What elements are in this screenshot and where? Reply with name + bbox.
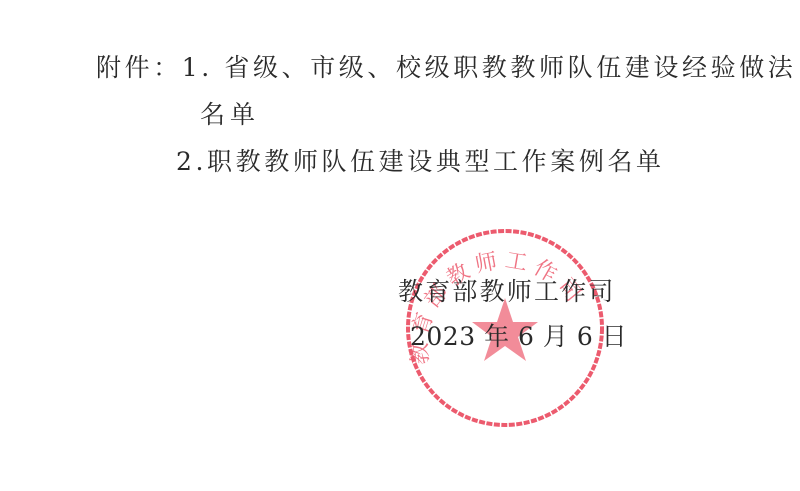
attachment-line-2: 2.职教教师队伍建设典型工作案例名单 [176,147,665,177]
attachment-line-1: 附件：1. 省级、市级、校级职教教师队伍建设经验做法 [96,53,796,83]
issuer-name: 教育部教师工作司 [398,277,616,307]
issue-date: 2023 年 6 月 6 日 [410,322,627,352]
attachment-line-1-continuation: 名单 [200,100,260,130]
